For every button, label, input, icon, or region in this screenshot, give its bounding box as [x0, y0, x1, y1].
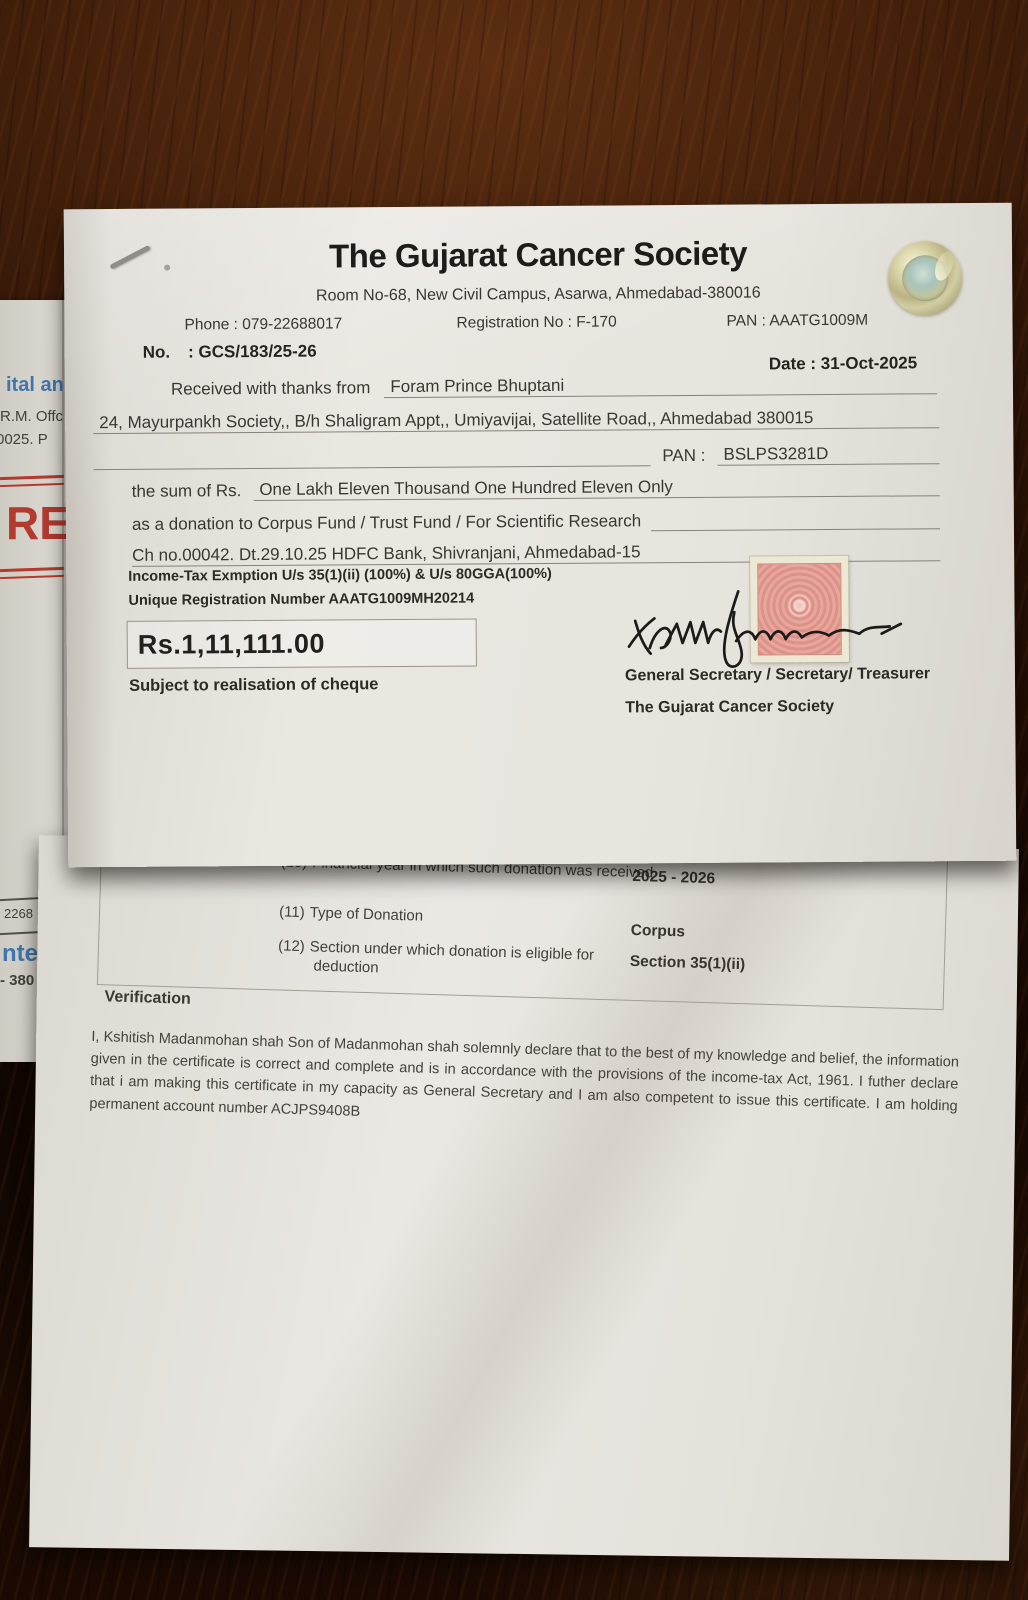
red-rule — [0, 475, 64, 480]
registration-text: Registration No : F-170 — [456, 313, 616, 332]
paper-fragment-text: ital an — [6, 374, 64, 397]
blank-rule — [93, 445, 650, 470]
paper-fragment-text: 2268 — [4, 906, 33, 921]
organization-title: The Gujarat Cancer Society — [64, 233, 1012, 278]
subject-to-realisation-note: Subject to realisation of cheque — [129, 675, 379, 696]
certificate-sheet: (10)Financial year in which such donatio… — [29, 835, 1019, 1561]
photo-of-documents-on-table: ital an R.M. Offc 0025. P RE 2268 nte - … — [0, 0, 1028, 1600]
certificate-item-11-value: Corpus — [630, 922, 685, 942]
donor-address-field: 24, Mayurpankh Society,, B/h Shaligram A… — [93, 407, 939, 434]
verification-paragraph: I, Kshitish Madanmohan shah Son of Madan… — [89, 1026, 959, 1140]
item-number: (12) — [278, 937, 305, 955]
donor-pan-field: BSLPS3281D — [717, 443, 939, 466]
organization-pan-text: PAN : AAATG1009M — [726, 312, 868, 331]
received-from-row: Received with thanks from Foram Prince B… — [171, 373, 937, 399]
donor-pan-label: PAN : — [650, 446, 717, 466]
blank-rule — [651, 508, 940, 531]
sum-in-words-field: One Lakh Eleven Thousand One Hundred Ele… — [253, 475, 940, 501]
donor-pan-row: PAN : BSLPS3281D — [93, 443, 939, 470]
donation-receipt-sheet: The Gujarat Cancer Society Room No-68, N… — [64, 203, 1017, 868]
item-number: (11) — [279, 903, 305, 921]
donation-purpose-text: as a donation to Corpus Fund / Trust Fun… — [132, 511, 641, 535]
paper-fragment-text: 0025. P — [0, 431, 48, 448]
donor-name-field: Foram Prince Bhuptani — [384, 373, 937, 398]
receipt-number-label: No. — [143, 343, 171, 362]
phone-text: Phone : 079-22688017 — [184, 315, 342, 334]
donor-address-row: 24, Mayurpankh Society,, B/h Shaligram A… — [93, 407, 939, 434]
red-rule — [0, 575, 64, 579]
certificate-item-12-value: Section 35(1)(ii) — [630, 953, 746, 974]
paper-fragment-text: R.M. Offc — [0, 408, 63, 425]
amount-value: Rs.1,11,111.00 — [128, 628, 325, 660]
donation-purpose-row: as a donation to Corpus Fund / Trust Fun… — [132, 508, 940, 535]
receipt-date: Date : 31-Oct-2025 — [769, 353, 917, 374]
sum-label: the sum of Rs. — [132, 481, 242, 502]
amount-box: Rs.1,11,111.00 — [127, 618, 477, 668]
paper-fragment-text-red: RE — [6, 496, 70, 550]
verification-heading: Verification — [104, 988, 191, 1009]
signatory-organization: The Gujarat Cancer Society — [625, 698, 834, 717]
signatory-title: General Secretary / Secretary/ Treasurer — [625, 665, 930, 685]
received-from-label: Received with thanks from — [171, 378, 371, 399]
receipt-number-value: : GCS/183/25-26 — [188, 342, 317, 362]
unique-registration-note: Unique Registration Number AAATG1009MH20… — [128, 590, 474, 608]
certificate-content: (10)Financial year in which such donatio… — [18, 834, 1019, 1575]
tax-exemption-note: Income-Tax Exmption U/s 35(1)(ii) (100%)… — [128, 566, 552, 585]
sum-row: the sum of Rs. One Lakh Eleven Thousand … — [132, 475, 940, 502]
organization-address: Room No-68, New Civil Campus, Asarwa, Ah… — [64, 283, 1012, 308]
receipt-number: No.: GCS/183/25-26 — [143, 342, 317, 363]
paper-fragment-text: nte — [2, 940, 38, 968]
paper-fragment-text: - 380 — [0, 972, 34, 989]
red-rule — [0, 483, 64, 487]
certificate-item-10-value: 2025 - 2026 — [632, 868, 715, 888]
red-rule — [0, 567, 64, 572]
